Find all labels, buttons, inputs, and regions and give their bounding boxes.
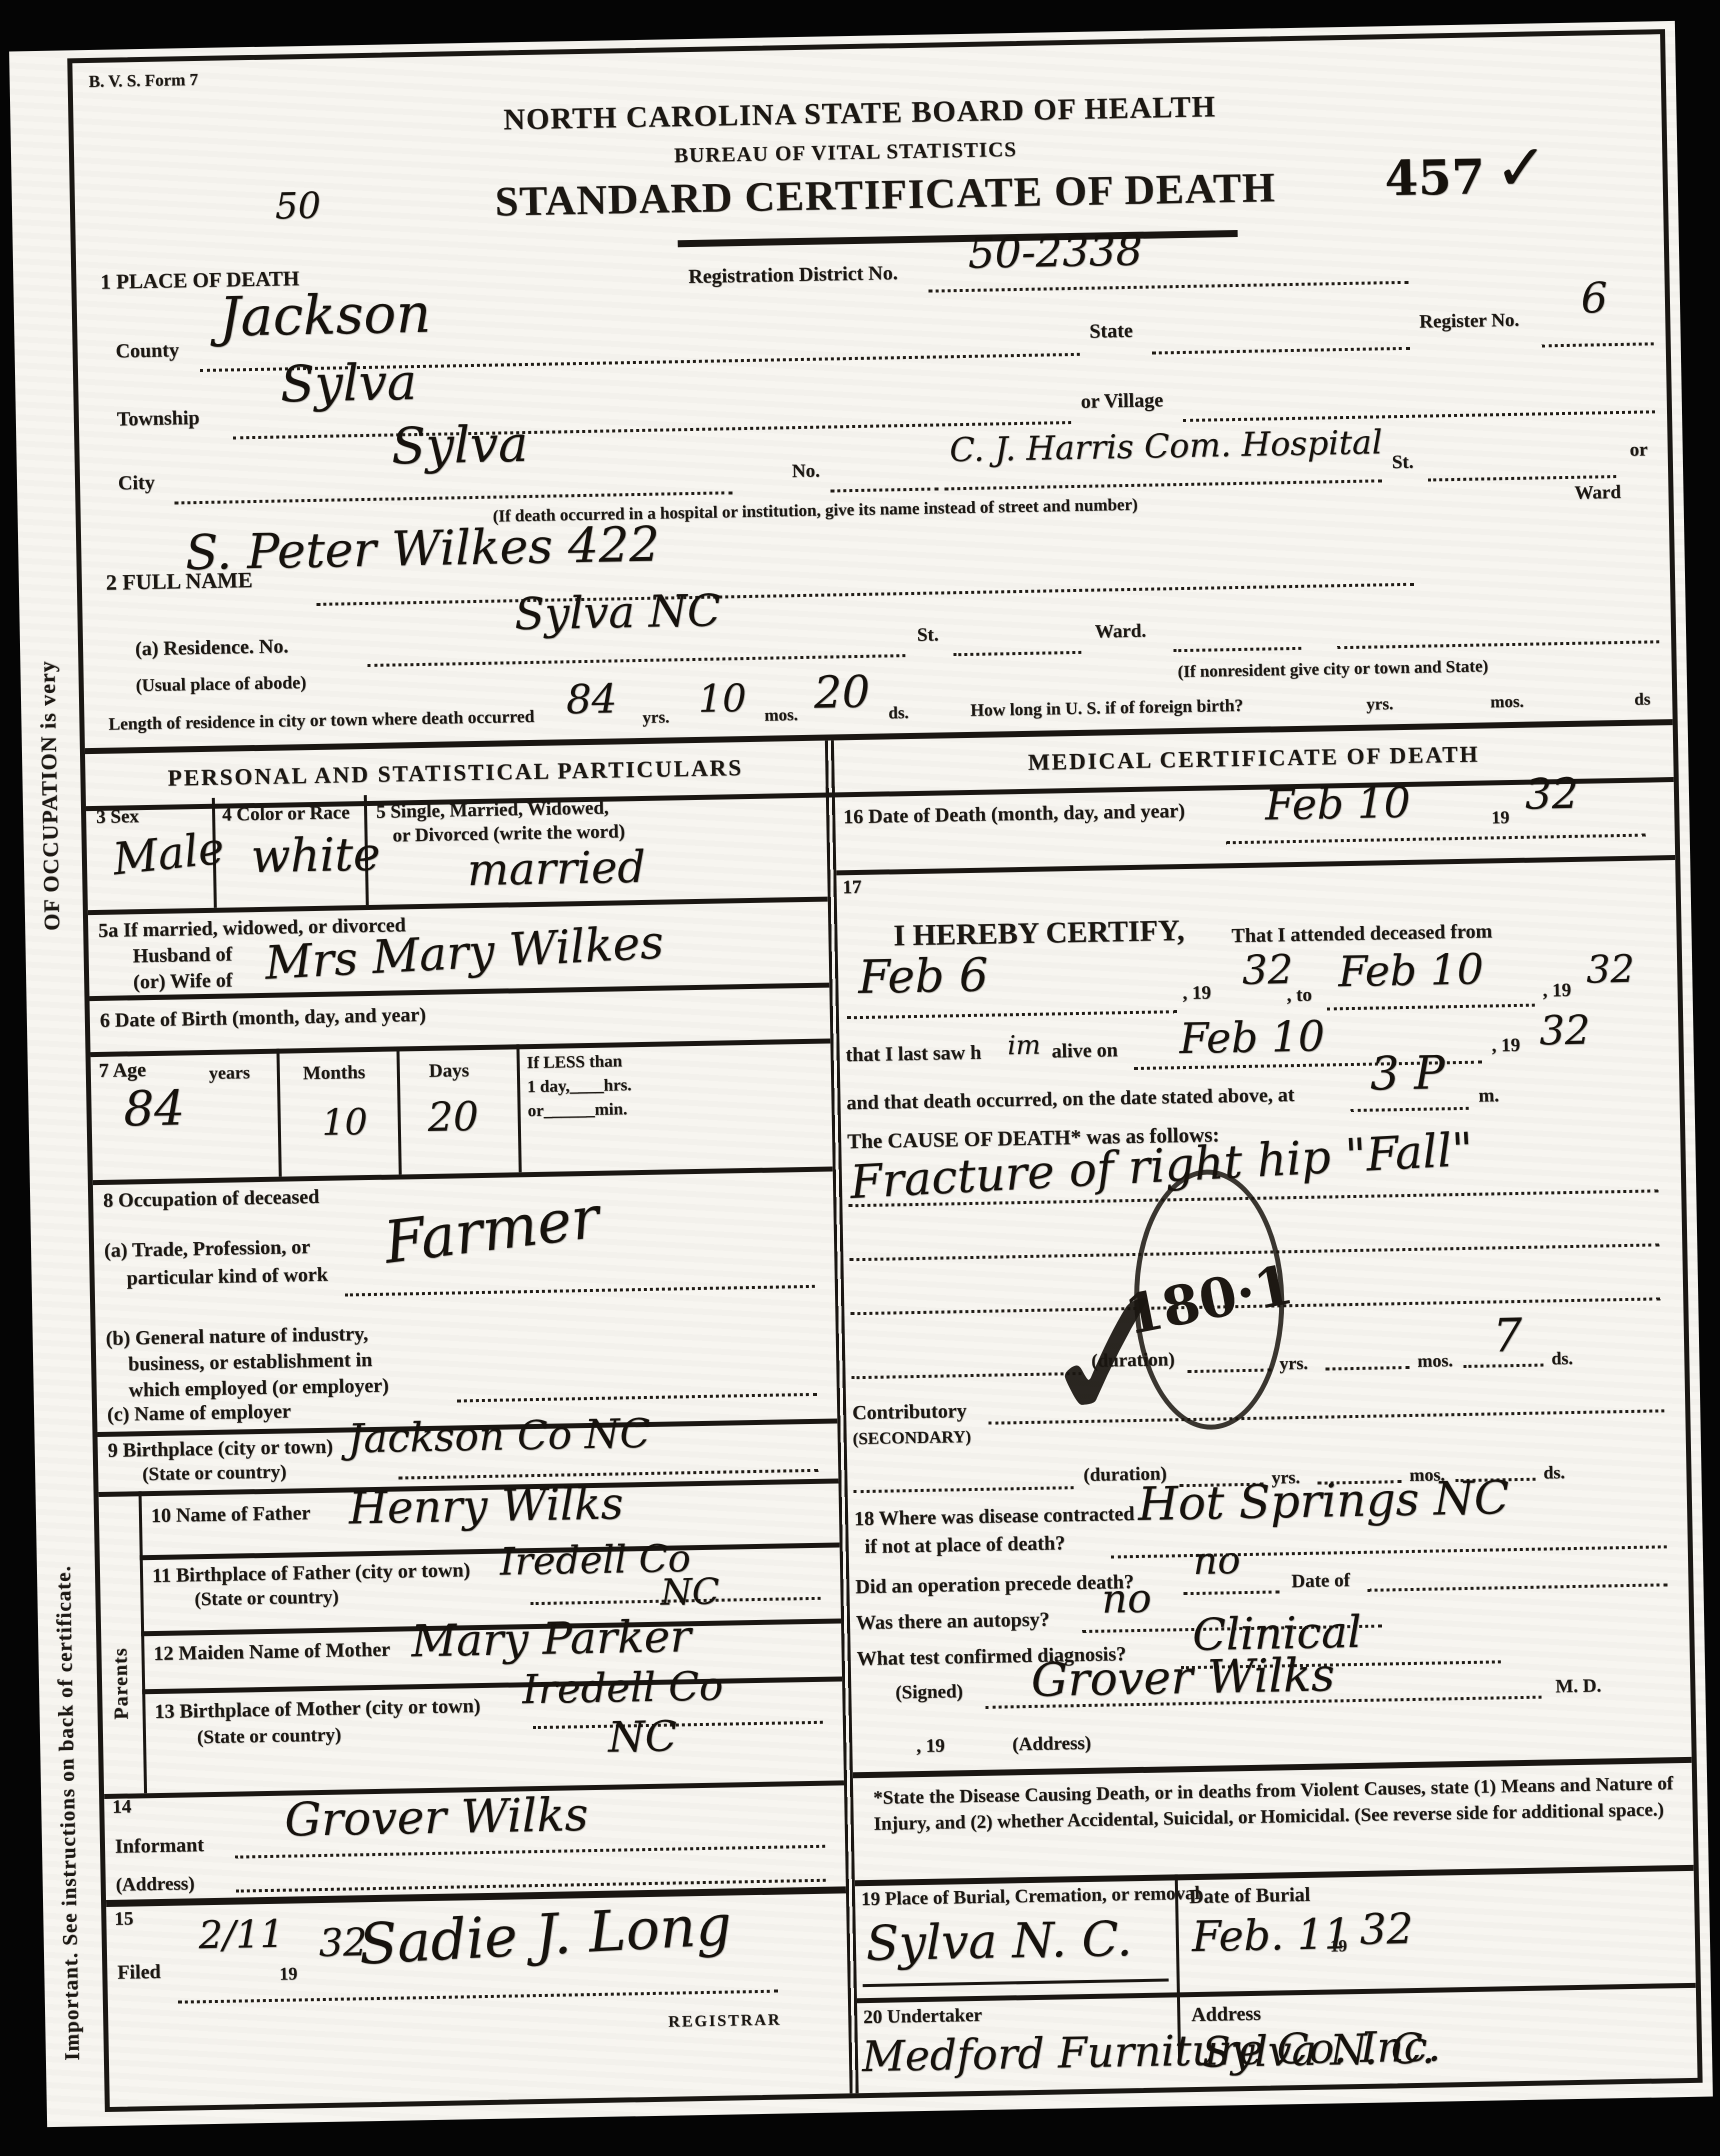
months-label: Months (303, 1063, 366, 1085)
bureau-title: BUREAU OF VITAL STATISTICS (674, 138, 1017, 167)
margin-occupation-note: OF OCCUPATION is very (25, 171, 65, 931)
occupation-b-line (457, 1393, 817, 1403)
burial-date-value: Feb. 11 (1191, 1913, 1350, 1958)
mother-bp-value: Iredell Co (522, 1667, 724, 1711)
row-line (836, 855, 1675, 875)
street-no-label: No. (792, 462, 820, 483)
less-label-3: or______min. (527, 1100, 627, 1121)
dod-19-label: 19 (1491, 808, 1509, 828)
abode-note: (Usual place of abode) (136, 673, 307, 696)
certificate-number: 457 (1384, 153, 1485, 203)
where-contracted-label-1: 18 Where was disease contracted (854, 1503, 1135, 1530)
sex-label: 3 Sex (96, 807, 139, 829)
state-label: State (1089, 320, 1133, 343)
mother-value: Mary Parker (411, 1615, 692, 1664)
medical-column: 16 Date of Death (month, day, and year) … (835, 771, 1698, 2093)
signed-address-label: (Address) (1012, 1734, 1091, 1756)
mother-label: 12 Maiden Name of Mother (153, 1639, 390, 1665)
occupation-c-label: (c) Name of employer (107, 1401, 291, 1426)
personal-column: 3 Sex Male 4 Color or Race white 5 Singl… (86, 787, 850, 2107)
autopsy-value: no (1101, 1579, 1152, 1620)
length-label: Length of residence in city or town wher… (108, 707, 534, 734)
howlong-ds-label: ds (1634, 690, 1650, 709)
lastsaw-scribble: im (1007, 1033, 1040, 1060)
margin-instructions-note: Important. See instructions on back of c… (43, 1111, 85, 2061)
burial-date-label: Date of Burial (1189, 1884, 1310, 1908)
certify-rest-label: That I attended deceased from (1231, 920, 1492, 947)
registrar-line (178, 1990, 778, 2004)
birthplace-value: Jackson Co NC (347, 1414, 650, 1460)
date-of-line (1368, 1583, 1668, 1591)
lastsaw-year-value: 32 (1539, 1011, 1591, 1052)
attended-to-value: Feb 10 (1338, 949, 1484, 994)
mother-bp-value-2: NC (608, 1715, 678, 1758)
to-label: , to (1286, 986, 1312, 1007)
years-label: years (209, 1063, 250, 1084)
stray-mark: 50 (275, 189, 321, 226)
less-label-2: 1 day,____hrs. (527, 1076, 632, 1097)
death-time-line (1351, 1107, 1469, 1112)
undertaker-address-label: Address (1191, 2003, 1261, 2026)
nonresident-note: (If nonresident give city or town and St… (1178, 657, 1489, 681)
filed-date-value: 2/11 (198, 1915, 284, 1955)
date-of-death-label: 16 Date of Death (month, day, and year) (843, 800, 1185, 828)
village-line (1183, 410, 1655, 422)
signed-19-label: , 19 (916, 1737, 945, 1758)
full-name-value: S. Peter Wilkes 422 (185, 521, 660, 578)
ds-label: ds. (888, 704, 909, 723)
occupation-a-label-2: particular kind of work (126, 1264, 328, 1290)
residence-ward-line (1173, 647, 1301, 652)
marital-label-1: 5 Single, Married, Widowed, (376, 799, 609, 824)
county-value: Jackson (219, 287, 432, 345)
where-contracted-label-2: if not at place of death? (864, 1532, 1065, 1558)
filed-19-label: 19 (279, 1964, 297, 1984)
operation-line (1184, 1590, 1280, 1595)
register-no-line (1542, 342, 1654, 347)
item-14-number: 14 (112, 1797, 131, 1818)
row-line (140, 1542, 840, 1560)
columns: 3 Sex Male 4 Color or Race white 5 Singl… (86, 771, 1698, 2107)
occupation-b-label-2: business, or establishment in (128, 1349, 373, 1375)
county-label: County (115, 339, 179, 362)
parents-label: Parents (108, 1559, 134, 1719)
or-label: or (1630, 440, 1648, 461)
reg-district-label: Registration District No. (688, 262, 898, 288)
attended-to-line (1327, 1004, 1535, 1011)
row-line (93, 1167, 833, 1186)
duration-yrs-label: yrs. (1279, 1354, 1308, 1374)
lastsaw-label-1: that I last saw h (845, 1042, 981, 1066)
attended-from-line (847, 1010, 1177, 1019)
burial-19-label: 19 (1330, 1937, 1347, 1956)
occupation-b-label-3: which employed (or employer) (128, 1375, 389, 1402)
row-line (106, 1886, 846, 1907)
informant-label: Informant (115, 1834, 204, 1858)
burial-year-value: 32 (1359, 1908, 1413, 1951)
dob-label: 6 Date of Birth (month, day, and year) (100, 1004, 426, 1032)
father-bp-value-2: NC (660, 1575, 720, 1612)
burial-place-label: 19 Place of Burial, Cremation, or remova… (861, 1884, 1200, 1911)
race-value: white (250, 831, 380, 879)
father-value: Henry Wilks (348, 1482, 623, 1531)
spouse-label-2: Husband of (133, 944, 233, 968)
township-line (233, 421, 1071, 439)
parents-cell-line (139, 1491, 148, 1793)
township-label: Township (117, 407, 200, 431)
large-check-mark: ✓ (1020, 1241, 1202, 1471)
sex-value: Male (111, 827, 226, 882)
st-label: St. (1392, 453, 1414, 474)
reg-district-value: 50-2338 (968, 230, 1143, 275)
or-village-label: or Village (1081, 389, 1164, 413)
form-code: B. V. S. Form 7 (89, 71, 199, 92)
death-time-value: 3 P (1370, 1049, 1446, 1096)
registrar-signature: Sadie J. Long (358, 1898, 733, 1974)
where-contracted-value: Hot Springs NC (1138, 1474, 1510, 1527)
signed-label: (Signed) (895, 1682, 963, 1704)
residence-st-line (953, 651, 1081, 656)
registrar-label: REGISTRAR (668, 2012, 781, 2032)
birthplace-state-label: (State or country) (142, 1463, 287, 1487)
operation-label: Did an operation precede death? (855, 1571, 1134, 1598)
mother-bp-label: 13 Birthplace of Mother (city or town) (154, 1695, 480, 1723)
to-year-value: 32 (1586, 950, 1635, 989)
yrs-label: yrs. (642, 708, 669, 727)
date-of-label: Date of (1291, 1571, 1350, 1593)
item-15-number: 15 (114, 1909, 133, 1930)
mos-label: mos. (764, 706, 798, 725)
occupation-label: 8 Occupation of deceased (103, 1186, 319, 1212)
township-value: Sylva (280, 357, 417, 409)
cell-line (396, 1046, 401, 1174)
row-line (90, 1039, 830, 1058)
street-no-line (830, 487, 938, 492)
row-line (88, 897, 828, 916)
city-label: City (118, 472, 155, 495)
length-mos-value: 10 (698, 679, 747, 718)
hospital-line (944, 479, 1382, 490)
days-label: Days (429, 1061, 470, 1083)
ward-label: Ward (1574, 483, 1621, 505)
md-label: M. D. (1555, 1677, 1601, 1699)
duration-mos-label: mos. (1417, 1351, 1453, 1371)
residence-st-label: St. (917, 626, 939, 647)
certify-label: I HEREBY CERTIFY, (893, 914, 1185, 952)
undertaker-label: 20 Undertaker (863, 2006, 982, 2029)
howlong-label: How long in U. S. if of foreign birth? (970, 696, 1243, 720)
race-label: 4 Color or Race (222, 803, 350, 826)
death-occurred-label: and that death occurred, on the date sta… (846, 1084, 1294, 1114)
occupation-a-line (345, 1285, 815, 1297)
residence-ward-label: Ward. (1095, 622, 1147, 644)
duration2-line (854, 1486, 1074, 1493)
duration2-ds-label: ds. (1543, 1463, 1565, 1483)
informant-address-label: (Address) (116, 1874, 195, 1896)
duration-mos-line (1325, 1366, 1409, 1371)
secondary-label: (SECONDARY) (853, 1428, 972, 1449)
city-value: Sylva (391, 419, 528, 471)
undertaker-address-value: Sylva N. C. (1202, 2028, 1436, 2074)
hospital-value: C. J. Harris Com. Hospital (949, 425, 1382, 466)
row-line (855, 1865, 1694, 1886)
autopsy-label: Was there an autopsy? (856, 1609, 1050, 1635)
residence-label: (a) Residence. No. (135, 635, 289, 660)
howlong-mos-label: mos. (1490, 693, 1524, 712)
age-value: 84 (123, 1084, 185, 1133)
row-line (142, 1676, 842, 1694)
father-bp-label: 11 Birthplace of Father (city or town) (152, 1559, 470, 1587)
attended-from-value: Feb 6 (858, 952, 989, 1000)
cell-line (516, 1044, 521, 1172)
residence-value: Sylva NC (514, 589, 721, 637)
from-19-label: , 19 (1182, 984, 1211, 1005)
howlong-yrs-label: yrs. (1366, 695, 1393, 714)
reg-district-line (929, 281, 1409, 293)
birthplace-label: 9 Birthplace (city or town) (108, 1436, 334, 1462)
register-no-label: Register No. (1419, 311, 1519, 334)
residence-line (367, 654, 905, 667)
operation-value: no (1193, 1541, 1241, 1580)
informant-line (235, 1845, 825, 1859)
state-line (1152, 347, 1410, 355)
informant-value: Grover Wilks (284, 1791, 588, 1843)
length-ds-value: 20 (814, 671, 871, 716)
mother-bp-line (533, 1721, 823, 1729)
date-of-death-value: Feb 10 (1265, 782, 1411, 827)
date-of-death-line (1226, 834, 1646, 845)
item-17-number: 17 (842, 878, 861, 899)
duration-ds-value: 7 (1492, 1312, 1522, 1359)
spouse-label-3: (or) Wife of (133, 970, 233, 994)
board-title: NORTH CAROLINA STATE BOARD OF HEALTH (503, 90, 1216, 136)
occupation-b-label-1: (b) General nature of industry, (106, 1323, 369, 1350)
lastsaw-label-2: alive on (1051, 1039, 1118, 1062)
days-value: 20 (427, 1097, 479, 1138)
lastsaw-value: Feb 10 (1179, 1015, 1325, 1060)
place-of-death-section: 1 PLACE OF DEATH Registration District N… (88, 224, 1661, 743)
title-rule (678, 230, 1238, 247)
father-label: 10 Name of Father (151, 1502, 311, 1527)
duration-ds-line (1463, 1364, 1543, 1368)
nonresident-line (1337, 640, 1659, 649)
months-value: 10 (321, 1105, 367, 1142)
cell-line (276, 1049, 281, 1177)
duration-ds-label: ds. (1551, 1349, 1573, 1369)
st-line (1428, 475, 1616, 481)
less-label-1: If LESS than (527, 1052, 623, 1072)
contributory-label: Contributory (852, 1400, 967, 1424)
m-label: m. (1478, 1086, 1499, 1107)
age-label: 7 Age (99, 1059, 147, 1082)
full-name-line (316, 583, 1414, 606)
signed-value: Grover Wilks (1031, 1651, 1335, 1703)
certificate-scan: OF OCCUPATION is very Important. See ins… (9, 21, 1713, 2127)
length-yrs-value: 84 (566, 679, 618, 720)
city-line (174, 491, 732, 504)
certificate-title: STANDARD CERTIFICATE OF DEATH (495, 165, 1277, 225)
filed-label: Filed (117, 1961, 161, 1984)
marital-value: married (467, 846, 646, 893)
dod-year-value: 32 (1525, 773, 1579, 816)
register-no-value: 6 (1581, 277, 1608, 319)
to-19-label: , 19 (1542, 981, 1571, 1002)
form-border: B. V. S. Form 7 NORTH CAROLINA STATE BOA… (67, 29, 1702, 2112)
cause-footnote: *State the Disease Causing Death, or in … (873, 1771, 1674, 1837)
occupation-a-label-1: (a) Trade, Profession, or (104, 1236, 310, 1262)
mother-bp-state-label: (State or country) (197, 1726, 342, 1750)
burial-place-value: Sylva N. C. (866, 1915, 1133, 1968)
father-bp-state-label: (State or country) (194, 1588, 339, 1612)
burial-place-line (863, 1979, 1169, 1988)
check-mark: ✓ (1494, 136, 1549, 201)
lastsaw-19-label: , 19 (1491, 1036, 1520, 1057)
occupation-a-value: Farmer (381, 1188, 602, 1272)
row-line (857, 1983, 1696, 2003)
